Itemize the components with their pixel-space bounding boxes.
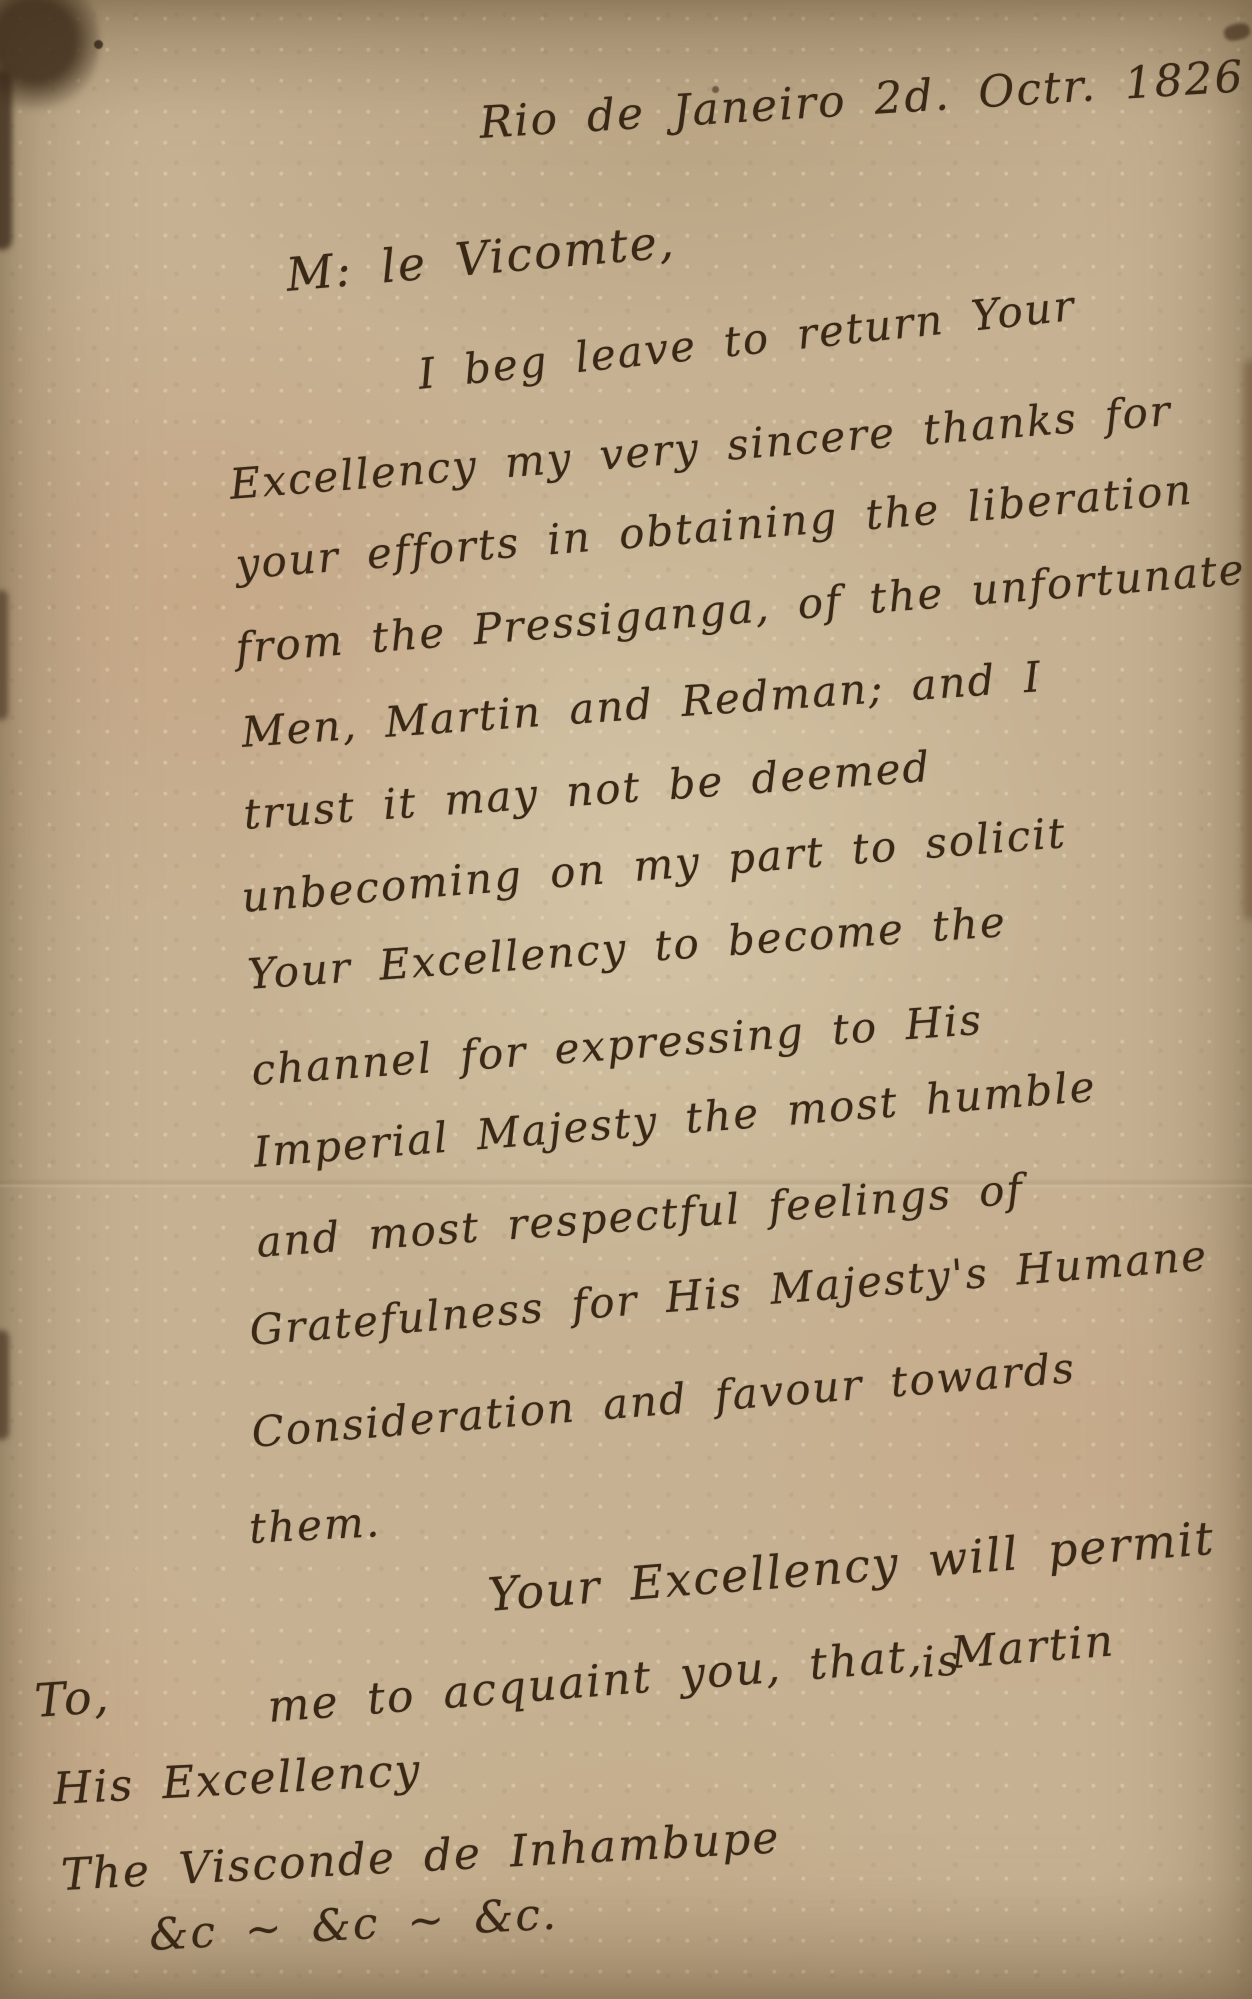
body-line: I beg leave to return Your bbox=[416, 283, 1078, 398]
address-line: His Excellency bbox=[52, 1747, 423, 1815]
body-line: Your Excellency to become the bbox=[246, 899, 1008, 998]
address-line: To, bbox=[33, 1671, 112, 1727]
body-line: Men, Martin and Redman; and I bbox=[240, 654, 1044, 756]
overflow-word: is bbox=[920, 1637, 962, 1686]
address-line: &c ~ &c ~ &c. bbox=[148, 1891, 559, 1961]
body-line: Your Excellency will permit bbox=[486, 1513, 1217, 1621]
paper-stain bbox=[0, 0, 100, 116]
paper-stain bbox=[0, 1330, 9, 1440]
address-line: The Visconde de Inhambupe bbox=[60, 1814, 781, 1900]
paper-stain bbox=[1223, 21, 1252, 42]
paper-stain bbox=[94, 40, 103, 49]
body-line: and most respectful feelings of bbox=[255, 1166, 1025, 1266]
body-line: Consideration and favour towards bbox=[250, 1345, 1077, 1456]
dateline: Rio de Janeiro 2d. Octr. 1826 bbox=[478, 53, 1246, 148]
paper-stain bbox=[1244, 360, 1252, 920]
salutation: M: le Vicomte, bbox=[284, 216, 677, 300]
paper-crease bbox=[0, 1178, 1252, 1188]
letter-page: Rio de Janeiro 2d. Octr. 1826 M: le Vico… bbox=[0, 0, 1252, 1999]
paper-stain bbox=[0, 590, 8, 720]
body-line: trust it may not be deemed bbox=[242, 744, 933, 838]
body-line: me to acquaint you, that, Martin bbox=[266, 1617, 1117, 1732]
body-line: them. bbox=[248, 1499, 382, 1552]
paper-stain bbox=[0, 70, 12, 250]
